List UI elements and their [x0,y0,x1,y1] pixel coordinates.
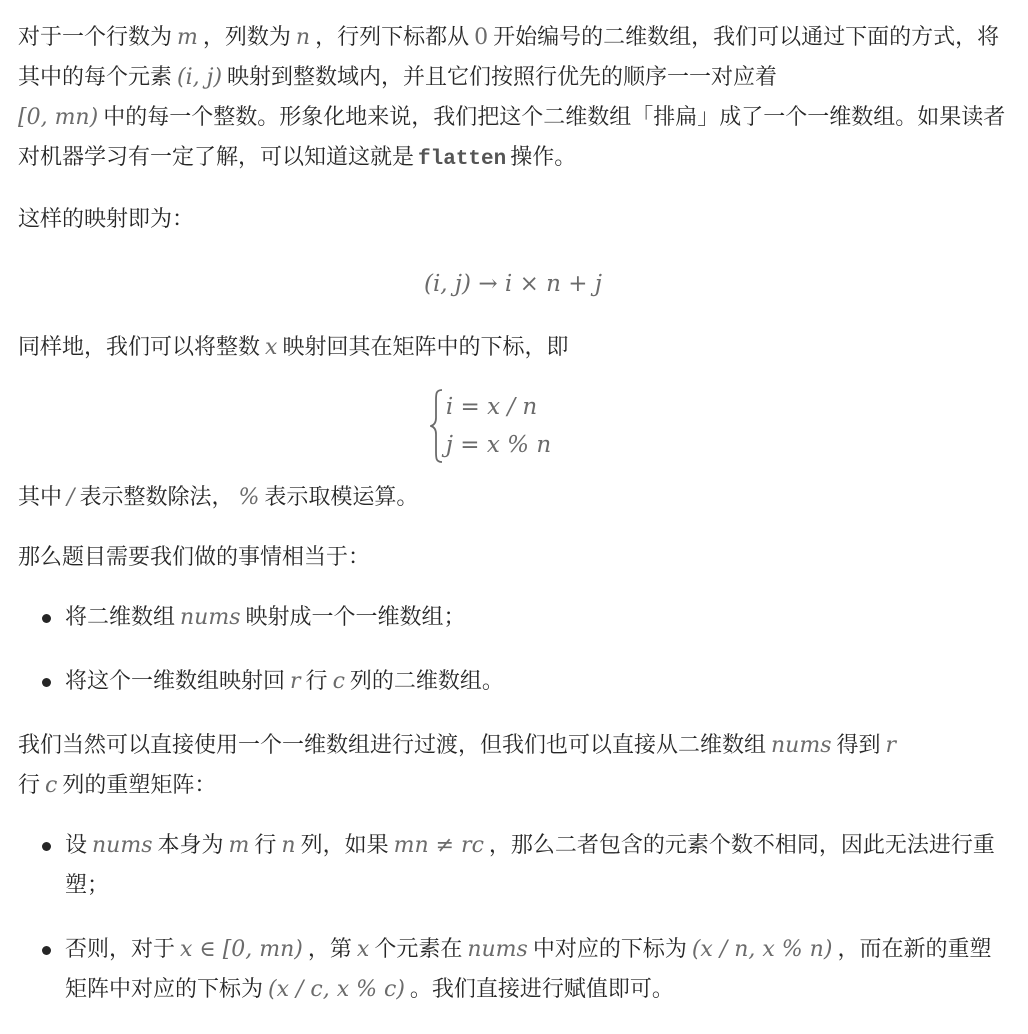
math-x-in-range: x ∈ [0, mn) [175,937,308,962]
text: 表示整数除法， [79,485,233,510]
text: 操作。 [510,145,576,170]
math-nums: nums [766,733,837,758]
list-item: 将这个一维数组映射回r行c列的二维数组。 [65,662,1008,702]
reshape-conditions-list: 设nums本身为m行n列，如果mn ≠ rc，那么二者包含的元素个数不相同，因此… [18,826,1008,1010]
math-percent: % [233,485,264,510]
text: 这样的映射即为： [18,207,194,232]
math-nums: nums [175,605,246,630]
math-ij: (i, j) [172,65,227,90]
math-n: n [291,25,315,50]
paragraph-task: 那么题目需要我们做的事情相当于： [18,538,1008,578]
display-formula-mapping: (i, j) → i × n + j [18,260,1008,308]
article-content: 对于一个行数为m，列数为n，行列下标都从0开始编号的二维数组，我们可以通过下面的… [0,0,1028,1010]
text: 中对应的下标为 [533,937,687,962]
list-item: 设nums本身为m行n列，如果mn ≠ rc，那么二者包含的元素个数不相同，因此… [65,826,1008,906]
text: 映射回其在矩阵中的下标，即 [282,335,568,360]
paragraph-operators: 其中/表示整数除法，%表示取模运算。 [18,478,1008,518]
text: 那么题目需要我们做的事情相当于： [18,545,370,570]
text: 列的二维数组。 [350,669,504,694]
text: 同样地，我们可以将整数 [18,335,260,360]
text: 得到 [837,733,881,758]
math-x: x [260,335,282,360]
math-m: m [224,833,255,858]
math-case-row-1: i = x / n [444,390,556,424]
text: 映射成一个一维数组； [246,605,466,630]
paragraph-flatten-intro: 对于一个行数为m，列数为n，行列下标都从0开始编号的二维数组，我们可以通过下面的… [18,18,1008,180]
math-m: m [172,25,203,50]
text: 列，如果 [301,833,389,858]
math-c: c [40,773,62,798]
math-formula: (i, j) → i × n + j [419,271,607,297]
text: 行 [18,773,40,798]
text: 其中 [18,485,62,510]
display-formula-cases: i = x / n j = x % n [18,388,1008,464]
text: 。我们直接进行赋值即可。 [410,977,674,1002]
text: 我们当然可以直接使用一个一维数组进行过渡，但我们也可以直接从二维数组 [18,733,766,758]
text: ，行列下标都从 [315,25,469,50]
math-nums: nums [462,937,533,962]
text: 将这个一维数组映射回 [65,669,285,694]
text: 行 [254,833,276,858]
math-zero: 0 [469,25,493,50]
math-slash: / [62,485,79,510]
paragraph-mapping-label: 这样的映射即为： [18,200,1008,240]
math-index-old: (x / n, x % n) [687,937,838,962]
text: 表示取模运算。 [264,485,418,510]
text: 对于一个行数为 [18,25,172,50]
math-mn-neq-rc: mn ≠ rc [389,833,489,858]
paragraph-direct-reshape: 我们当然可以直接使用一个一维数组进行过渡，但我们也可以直接从二维数组nums得到… [18,726,1008,806]
left-brace-icon [430,388,444,464]
math-case-row-2: j = x % n [444,428,556,462]
math-c: c [328,669,350,694]
math-x: x [352,937,374,962]
math-r: r [285,669,306,694]
text: 本身为 [158,833,224,858]
math-n: n [276,833,300,858]
math-r: r [881,733,902,758]
paragraph-inverse-mapping: 同样地，我们可以将整数x映射回其在矩阵中的下标，即 [18,328,1008,368]
text: 将二维数组 [65,605,175,630]
task-steps-list: 将二维数组nums映射成一个一维数组； 将这个一维数组映射回r行c列的二维数组。 [18,598,1008,702]
math-index-new: (x / c, x % c) [263,977,410,1002]
text: 映射到整数域内，并且它们按照行优先的顺序一一对应着 [227,65,777,90]
text: 行 [306,669,328,694]
math-range: [0, mn) [18,105,103,130]
list-item: 将二维数组nums映射成一个一维数组； [65,598,1008,638]
text: 设 [65,833,87,858]
math-nums: nums [87,833,158,858]
text: 否则，对于 [65,937,175,962]
list-item: 否则，对于x ∈ [0, mn)，第x个元素在nums中对应的下标为(x / n… [65,930,1008,1010]
inline-code-flatten: flatten [414,148,510,171]
text: ，列数为 [203,25,291,50]
text: 个元素在 [374,937,462,962]
text: ，第 [308,937,352,962]
text: 列的重塑矩阵： [62,773,216,798]
